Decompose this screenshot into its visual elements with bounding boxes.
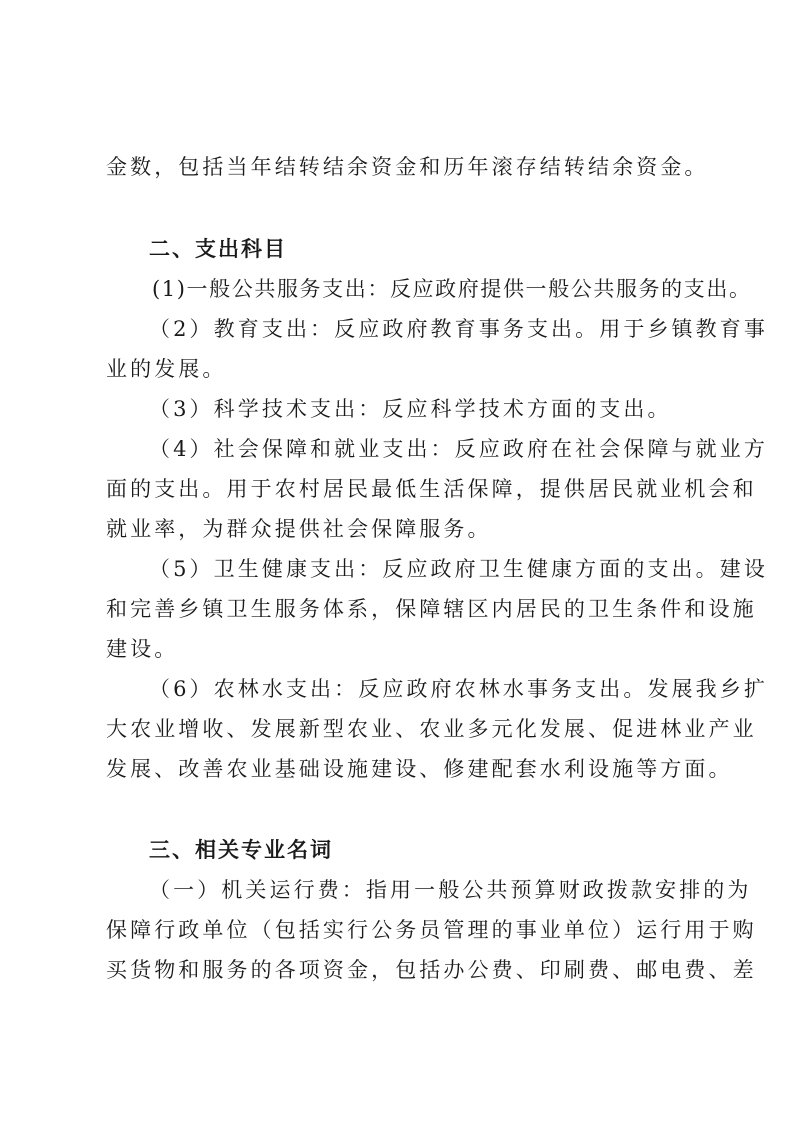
list-item-line: 就业率，为群众提供社会保障服务。	[106, 516, 492, 542]
list-item-line: (1)一般公共服务支出：反应政府提供一般公共服务的支出。	[152, 276, 752, 302]
list-item-line: （4）社会保障和就业支出：反应政府在社会保障与就业方	[149, 436, 768, 462]
paragraph-line: 金数，包括当年结转结余资金和历年滚存结转结余资金。	[106, 154, 709, 180]
section-heading-expenditure-subjects: 二、支出科目	[149, 236, 287, 262]
section-heading-related-terms: 三、相关专业名词	[149, 837, 333, 863]
list-item-line: （5）卫生健康支出：反应政府卫生健康方面的支出。建设	[149, 556, 768, 582]
list-item-line: 面的支出。用于农村居民最低生活保障，提供居民就业机会和	[106, 476, 757, 502]
list-item-line: （3）科学技术支出：反应科学技术方面的支出。	[149, 396, 672, 422]
list-item-line: 业的发展。	[106, 356, 227, 382]
list-item-line: 大农业增收、发展新型农业、农业多元化发展、促进林业产业	[106, 716, 757, 742]
list-item-line: 和完善乡镇卫生服务体系，保障辖区内居民的卫生条件和设施	[106, 596, 757, 622]
list-item-line: 建设。	[106, 636, 178, 662]
list-item-line: （6）农林水支出：反应政府农林水事务支出。发展我乡扩	[149, 676, 768, 702]
list-item-line: 发展、改善农业基础设施建设、修建配套水利设施等方面。	[106, 756, 733, 782]
definition-line: 买货物和服务的各项资金，包括办公费、印刷费、邮电费、差	[106, 957, 757, 983]
definition-line: 保障行政单位（包括实行公务员管理的事业单位）运行用于购	[106, 917, 757, 943]
list-item-line: （2）教育支出：反应政府教育事务支出。用于乡镇教育事	[149, 316, 768, 342]
document-page: 金数，包括当年结转结余资金和历年滚存结转结余资金。 二、支出科目 (1)一般公共…	[0, 0, 793, 1122]
definition-line: （一）机关运行费：指用一般公共预算财政拨款安排的为	[149, 877, 752, 903]
